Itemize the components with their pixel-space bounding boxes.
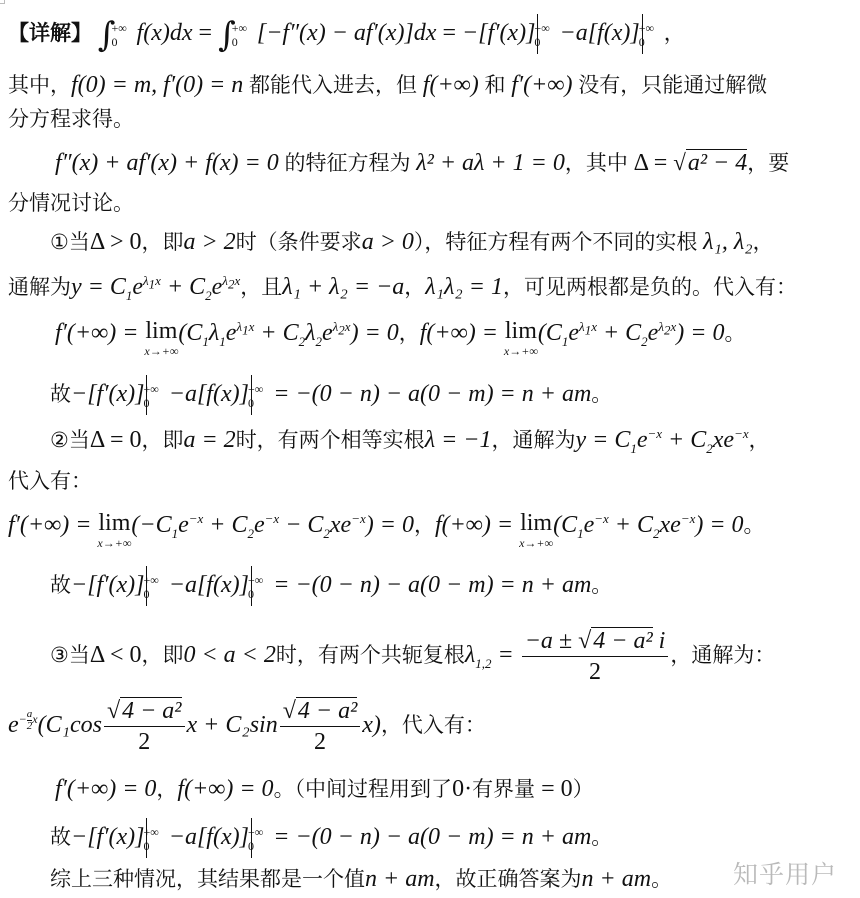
root-fraction: −a ± √4 − a² i2 — [522, 626, 669, 687]
cond: 0 < a < 2 — [183, 642, 275, 668]
case-marker: ②当 — [50, 428, 90, 452]
cond: Δ = 0 — [90, 427, 142, 453]
solution-line-4: f″(x) + af′(x) + f(x) = 0 的特征方程为 λ² + aλ… — [55, 148, 789, 178]
eval-limits: +∞0 — [248, 382, 263, 410]
text: 代入有： — [8, 469, 92, 493]
text: ，其中 — [565, 151, 628, 175]
result: = −(0 − n) − a(0 − m) = n + am — [267, 824, 591, 850]
gen-sol-mid: x + C₂sin — [187, 712, 278, 738]
zhihu-watermark: 知乎用户 — [733, 855, 837, 891]
summary-line: 综上三种情况，其结果都是一个值n + am，故正确答案为n + am。 — [50, 864, 672, 894]
lhs: f′(+∞) = — [55, 320, 144, 346]
punct: 。 — [591, 825, 612, 849]
lambda12: λ1,2 = — [465, 642, 520, 668]
result: = −(0 − n) − a(0 − m) = n + am — [267, 381, 591, 407]
general-solution-1: y = C1eλ1x + C2eλ2x — [71, 274, 240, 300]
text: ，故正确答案为 — [435, 867, 582, 891]
case2-line-3: f′(+∞) = limx→+∞(−C1e−x + C2e−x − C2xe−x… — [8, 510, 765, 550]
text: ，即 — [141, 428, 183, 452]
text: 的特征方程为 — [285, 151, 411, 175]
integrand: f(x)dx — [137, 20, 193, 46]
case2-line-1: ②当Δ = 0，即a = 2时，有两个相等实根λ = −1，通解为y = C1e… — [50, 425, 770, 455]
roots: λ₁, λ₂ — [703, 229, 752, 255]
initial-conditions: f(0) = m, f′(0) = n — [71, 72, 243, 98]
zero-dot: 0· — [452, 776, 472, 802]
text: 和 — [485, 73, 506, 97]
gen-sol-close: x) — [362, 712, 381, 738]
punct: ， — [664, 21, 685, 45]
text: ，即 — [141, 643, 183, 667]
cond: a = 2 — [183, 427, 235, 453]
sqrt-icon: √ — [673, 150, 686, 175]
term: −[f′(x)] — [71, 381, 144, 407]
text: ），特征方程有两个不同的实根 — [414, 230, 698, 254]
punct: ， — [399, 321, 420, 345]
fprime-limit: f′(+∞) = 0 — [55, 776, 156, 802]
text: 分情况讨论。 — [8, 191, 134, 215]
case1-conclusion: 故−[f′(x)]+∞0 −a[f(x)]+∞0 = −(0 − n) − a(… — [50, 375, 612, 415]
term: −a[f(x)] — [163, 572, 249, 598]
eval-limits: +∞0 — [248, 573, 263, 601]
text: 有界量 — [472, 777, 535, 801]
text: 故 — [50, 825, 71, 849]
cond: Δ > 0 — [90, 229, 142, 255]
eval-limits: +∞0 — [248, 825, 263, 853]
case-marker: ③当 — [50, 643, 90, 667]
limit-body: (C1λ1eλ1x + C2λ2eλ2x) = 0 — [178, 320, 398, 346]
text: ，代入有： — [381, 713, 486, 737]
ode: f″(x) + af′(x) + f(x) = 0 — [55, 150, 279, 176]
char-eq: λ² + aλ + 1 = 0 — [416, 150, 565, 176]
punct: ） — [573, 777, 594, 801]
f-inf: f(+∞) — [423, 72, 479, 98]
case1-line-3: f′(+∞) = limx→+∞(C1λ1eλ1x + C2λ2eλ2x) = … — [55, 318, 745, 358]
case1-line-2: 通解为y = C1eλ1x + C2eλ2x，且λ₁ + λ₂ = −a，λ₁λ… — [8, 272, 797, 302]
cond: a > 2 — [183, 229, 235, 255]
answer: n + am — [365, 866, 435, 892]
punct: 。 — [744, 513, 765, 537]
lim-operator: limx→+∞ — [519, 510, 553, 550]
integral-limits: +∞0 — [232, 21, 247, 49]
term-fprime: −[f′(x)] — [462, 20, 535, 46]
punct: ， — [156, 777, 177, 801]
lim-operator: limx→+∞ — [504, 318, 538, 358]
text: 没有，只能通过解微 — [578, 73, 767, 97]
term: −a[f(x)] — [163, 824, 249, 850]
punct: 。 — [651, 867, 672, 891]
text: ，通解为： — [670, 643, 775, 667]
lhs: f(+∞) = — [420, 320, 504, 346]
term: −[f′(x)] — [71, 572, 144, 598]
radicand: a² − 4 — [686, 149, 747, 176]
solution-line-1: 【详解】 ∫+∞0 f(x)dx = ∫+∞0 [−f″(x) − af′(x)… — [8, 14, 685, 54]
limit-body: (−C1e−x + C2e−x − C2xe−x) = 0 — [131, 512, 414, 538]
root-product: λ₁λ₂ = 1 — [425, 274, 503, 300]
case3-line-2: e−a2x(C₁cos√4 − a²2x + C₂sin√4 − a²2x)，代… — [8, 695, 486, 757]
case3-line-3: f′(+∞) = 0，f(+∞) = 0。（中间过程用到了0·有界量 = 0） — [55, 774, 594, 804]
punct: 。 — [591, 382, 612, 406]
cond: a > 0 — [362, 229, 414, 255]
scan-corner-mark — [0, 0, 5, 4]
text: ，且 — [240, 275, 282, 299]
delta: Δ = — [634, 150, 674, 176]
punct: 。 — [724, 321, 745, 345]
result: = −(0 − n) − a(0 − m) = n + am — [267, 572, 591, 598]
solution-page: 【详解】 ∫+∞0 f(x)dx = ∫+∞0 [−f″(x) − af′(x)… — [0, 0, 860, 898]
case3-conclusion: 故−[f′(x)]+∞0 −a[f(x)]+∞0 = −(0 − n) − a(… — [50, 818, 612, 858]
lhs: f′(+∞) = — [8, 512, 97, 538]
eval-limits: +∞0 — [639, 21, 654, 49]
cond: Δ < 0 — [90, 642, 142, 668]
lhs: f(+∞) = — [435, 512, 519, 538]
case2-conclusion: 故−[f′(x)]+∞0 −a[f(x)]+∞0 = −(0 − n) − a(… — [50, 566, 612, 606]
text: 时，有两个共轭复根 — [276, 643, 465, 667]
solution-line-5: 分情况讨论。 — [8, 188, 134, 218]
text: 综上三种情况，其结果都是一个值 — [50, 867, 365, 891]
integrand-rhs: [−f″(x) − af′(x)]dx — [257, 20, 437, 46]
eval-limits: +∞0 — [143, 573, 158, 601]
equals: = — [193, 20, 219, 46]
text: 其中， — [8, 73, 71, 97]
root-sum: λ₁ + λ₂ = −a — [282, 274, 404, 300]
eval-limits: +∞0 — [143, 825, 158, 853]
limit-body: (C1eλ1x + C2eλ2x) = 0 — [538, 320, 725, 346]
equals: = — [436, 20, 462, 46]
text: 故 — [50, 573, 71, 597]
punct: 。 — [591, 573, 612, 597]
term: −[f′(x)] — [71, 824, 144, 850]
eval-limits: +∞0 — [143, 382, 158, 410]
fprime-inf: f′(+∞) — [511, 72, 572, 98]
sqrt-fraction: √4 − a²2 — [104, 696, 185, 757]
eq-zero: = 0 — [535, 776, 573, 802]
text: ，通解为 — [491, 428, 575, 452]
exp-factor: e−a2x — [8, 712, 38, 738]
case1-line-1: ①当Δ > 0，即a > 2时（条件要求a > 0），特征方程有两个不同的实根 … — [50, 227, 774, 257]
text: 通解为 — [8, 275, 71, 299]
text: 时，有两个相等实根 — [236, 428, 425, 452]
integral-limits: +∞0 — [111, 21, 126, 49]
root: λ = −1 — [425, 427, 492, 453]
limit-body: (C1e−x + C2xe−x) = 0 — [553, 512, 743, 538]
text: 。（中间过程用到了 — [274, 777, 453, 801]
text: ，要 — [747, 151, 789, 175]
case2-line-2: 代入有： — [8, 466, 92, 496]
lim-operator: limx→+∞ — [97, 510, 131, 550]
text: 故 — [50, 382, 71, 406]
text: ， — [753, 230, 774, 254]
case3-line-1: ③当Δ < 0，即0 < a < 2时，有两个共轭复根λ1,2 = −a ± √… — [50, 625, 775, 687]
solution-line-2: 其中，f(0) = m, f′(0) = n 都能代入进去，但 f(+∞) 和 … — [8, 70, 767, 100]
text: 分方程求得。 — [8, 107, 134, 131]
gen-sol-open: (C₁cos — [38, 712, 102, 738]
term-f: −a[f(x)] — [560, 20, 640, 46]
text: ，即 — [141, 230, 183, 254]
solution-line-3: 分方程求得。 — [8, 104, 134, 134]
f-limit: f(+∞) = 0 — [177, 776, 273, 802]
general-solution-2: y = C1e−x + C2xe−x — [575, 427, 748, 453]
text: 时（条件要求 — [236, 230, 362, 254]
punct: ， — [414, 513, 435, 537]
sqrt-fraction: √4 − a²2 — [280, 696, 361, 757]
eval-limits: +∞0 — [534, 21, 549, 49]
text: 都能代入进去，但 — [249, 73, 417, 97]
term: −a[f(x)] — [163, 381, 249, 407]
text: ， — [404, 275, 425, 299]
text: ， — [749, 428, 770, 452]
case-marker: ①当 — [50, 230, 90, 254]
lim-operator: limx→+∞ — [144, 318, 178, 358]
text: ，可见两根都是负的。代入有： — [503, 275, 797, 299]
heading-label: 【详解】 — [8, 21, 92, 45]
answer: n + am — [582, 866, 652, 892]
